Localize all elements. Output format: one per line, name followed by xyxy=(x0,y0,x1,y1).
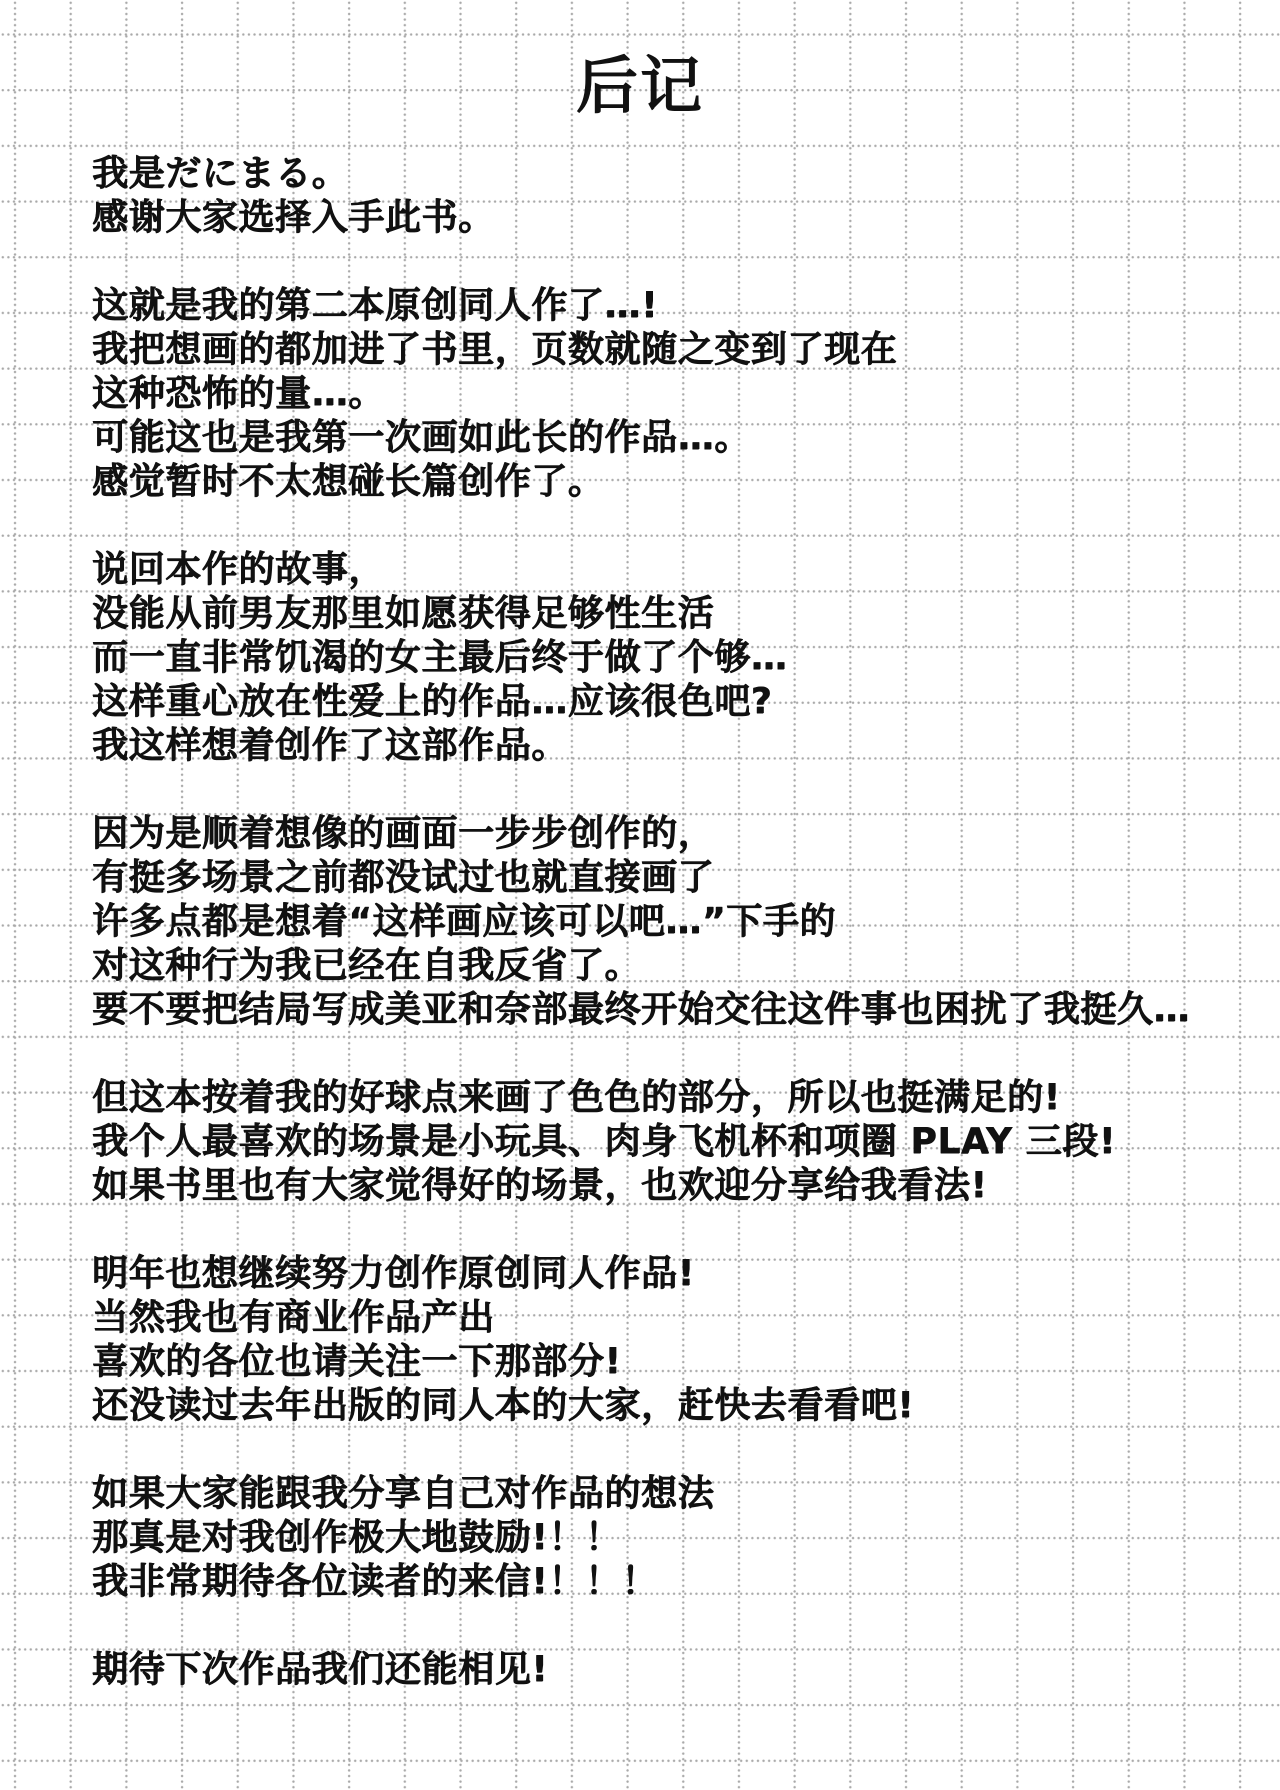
paragraph: 但这本按着我的好球点来画了色色的部分，所以也挺满足的!我个人最喜欢的场景是小玩具… xyxy=(92,1076,1250,1208)
paragraph: 如果大家能跟我分享自己对作品的想法那真是对我创作极大地鼓励!！！我非常期待各位读… xyxy=(92,1472,1250,1604)
text-line: 没能从前男友那里如愿获得足够性生活 xyxy=(92,592,1250,636)
text-line: 我非常期待各位读者的来信!！！！ xyxy=(92,1560,1250,1604)
text-line: 我把想画的都加进了书里，页数就随之变到了现在 xyxy=(92,328,1250,372)
text-line: 要不要把结局写成美亚和奈部最终开始交往这件事也困扰了我挺久… xyxy=(92,988,1250,1032)
text-line: 明年也想继续努力创作原创同人作品! xyxy=(92,1252,1250,1296)
text-line: 当然我也有商业作品产出 xyxy=(92,1296,1250,1340)
paragraph: 因为是顺着想像的画面一步步创作的，有挺多场景之前都没试过也就直接画了许多点都是想… xyxy=(92,812,1250,1032)
afterword-text: 我是だにまる。感谢大家选择入手此书。这就是我的第二本原创同人作了…!我把想画的都… xyxy=(92,152,1250,1692)
text-line: 我这样想着创作了这部作品。 xyxy=(92,724,1250,768)
text-line: 感谢大家选择入手此书。 xyxy=(92,196,1250,240)
text-line: 还没读过去年出版的同人本的大家，赶快去看看吧! xyxy=(92,1384,1250,1428)
paragraph: 明年也想继续努力创作原创同人作品!当然我也有商业作品产出喜欢的各位也请关注一下那… xyxy=(92,1252,1250,1428)
paragraph: 期待下次作品我们还能相见! xyxy=(92,1648,1250,1692)
text-line: 如果大家能跟我分享自己对作品的想法 xyxy=(92,1472,1250,1516)
text-line: 有挺多场景之前都没试过也就直接画了 xyxy=(92,856,1250,900)
paragraph: 这就是我的第二本原创同人作了…!我把想画的都加进了书里，页数就随之变到了现在这种… xyxy=(92,284,1250,504)
text-line: 这样重心放在性爱上的作品…应该很色吧? xyxy=(92,680,1250,724)
paragraph: 我是だにまる。感谢大家选择入手此书。 xyxy=(92,152,1250,240)
text-line: 对这种行为我已经在自我反省了。 xyxy=(92,944,1250,988)
text-line: 感觉暂时不太想碰长篇创作了。 xyxy=(92,460,1250,504)
text-line: 喜欢的各位也请关注一下那部分! xyxy=(92,1340,1250,1384)
paragraph: 说回本作的故事，没能从前男友那里如愿获得足够性生活而一直非常饥渴的女主最后终于做… xyxy=(92,548,1250,768)
text-line: 如果书里也有大家觉得好的场景，也欢迎分享给我看法! xyxy=(92,1164,1250,1208)
text-line: 而一直非常饥渴的女主最后终于做了个够… xyxy=(92,636,1250,680)
page-title: 后记 xyxy=(0,52,1280,120)
afterword-page: 后记 我是だにまる。感谢大家选择入手此书。这就是我的第二本原创同人作了…!我把想… xyxy=(0,0,1280,1790)
text-line: 但这本按着我的好球点来画了色色的部分，所以也挺满足的! xyxy=(92,1076,1250,1120)
text-line: 那真是对我创作极大地鼓励!！！ xyxy=(92,1516,1250,1560)
text-line: 这种恐怖的量…。 xyxy=(92,372,1250,416)
text-line: 说回本作的故事， xyxy=(92,548,1250,592)
text-line: 期待下次作品我们还能相见! xyxy=(92,1648,1250,1692)
text-line: 我个人最喜欢的场景是小玩具、肉身飞机杯和项圈 PLAY 三段! xyxy=(92,1120,1250,1164)
text-line: 这就是我的第二本原创同人作了…! xyxy=(92,284,1250,328)
text-line: 许多点都是想着“这样画应该可以吧…”下手的 xyxy=(92,900,1250,944)
text-line: 我是だにまる。 xyxy=(92,152,1250,196)
text-line: 因为是顺着想像的画面一步步创作的， xyxy=(92,812,1250,856)
text-line: 可能这也是我第一次画如此长的作品…。 xyxy=(92,416,1250,460)
